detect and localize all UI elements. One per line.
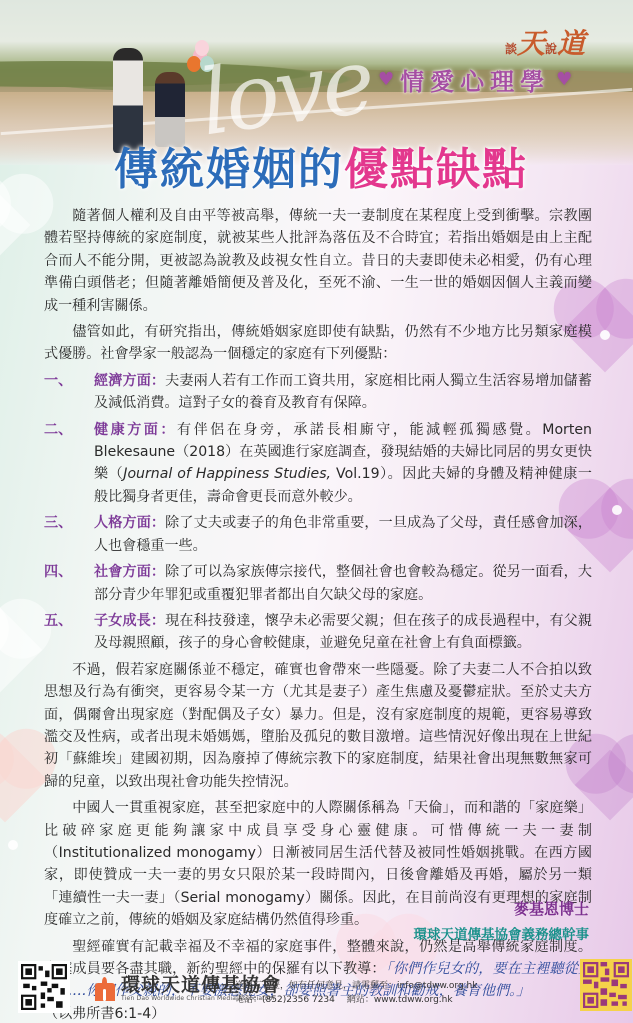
qr-code-icon (21, 964, 67, 1010)
dot-decoration (8, 840, 18, 850)
qr-code-left[interactable] (18, 961, 70, 1013)
list-number: 三、 (44, 512, 94, 557)
footer: 環球天道傳基協會 Tien Dao Worldwide Christian Me… (0, 955, 633, 1023)
logo-char: 談 (505, 42, 517, 56)
website-link[interactable]: www.tdww.org.hk (374, 995, 453, 1005)
list-item: 二、 健康方面：有伴侶在身旁，承諾長相廝守，能減輕孤獨感覺。Morten Ble… (44, 419, 592, 509)
series-name: ♥ 情愛心理學 ♥ (378, 62, 572, 97)
heart-icon: ♥ (378, 69, 394, 90)
title-part-blue: 傳統婚姻的 (114, 144, 344, 195)
qr-code-right[interactable] (580, 959, 632, 1011)
list-number: 一、 (44, 370, 94, 415)
list-heading: 社會方面： (94, 564, 165, 580)
phone-label: 電話： (235, 995, 262, 1005)
list-item: 五、 子女成長：現在科技發達，懷孕未必需要父親；但在孩子的成長過程中，有父親及母… (44, 610, 592, 655)
heart-icon: ♥ (556, 69, 572, 90)
org-logo-icon (95, 977, 115, 1001)
series-logo: 談天說道 (505, 22, 585, 62)
paragraph: 不過，假若家庭關係並不穩定，確實也會帶來一些隱憂。除了夫妻二人不合拍以致思想及行… (44, 659, 592, 793)
heart-decoration (0, 190, 30, 261)
list-text: 夫妻兩人若有工作而工資共用，家庭相比兩人獨立生活容易增加儲蓄及減低消費。這對子女… (94, 373, 592, 411)
paragraph: 儘管如此，有研究指出，傳統婚姻家庭即使有缺點，仍然有不少地方比另類家庭模式優勝。… (44, 321, 592, 366)
title-part-pink: 優點缺點 (344, 144, 528, 195)
list-text: 現在科技發達，懷孕未必需要父親；但在孩子的成長過程中，有父親及母親照顧，孩子的身… (94, 613, 592, 651)
contact-info: 逢週五刊登，如有任何意見，請電郵至：info@tdww.org.hk 電話：(8… (235, 979, 477, 1007)
contact-label: 逢週五刊登，如有任何意見，請電郵至： (235, 981, 397, 991)
heart-decoration (0, 608, 42, 693)
list-heading: 人格方面： (94, 515, 165, 531)
series-name-text: 情愛心理學 (400, 62, 550, 97)
paragraph: 隨著個人權利及自由平等被高舉，傳統一夫一妻制度在某程度上受到衝擊。宗教團體若堅持… (44, 205, 592, 317)
author-name: 麥基恩博士 (414, 898, 590, 919)
list-item: 一、 經濟方面：夫妻兩人若有工作而工資共用，家庭相比兩人獨立生活容易增加儲蓄及減… (44, 370, 592, 415)
journal-title: Journal of Happiness Studies, (123, 466, 331, 482)
author-signature: 麥基恩博士 環球天道傳基協會義務總幹事 (414, 898, 590, 943)
list-heading: 子女成長： (94, 613, 165, 629)
author-role: 環球天道傳基協會義務總幹事 (414, 923, 590, 943)
list-item: 三、 人格方面：除了丈夫或妻子的角色非常重要，一旦成為了父母，責任感會加深，人也… (44, 512, 592, 557)
list-item: 四、 社會方面：除了可以為家族傳宗接代，整個社會也會較為穩定。從另一面看，大部分… (44, 561, 592, 606)
list-text: 除了丈夫或妻子的角色非常重要，一旦成為了父母，責任感會加深，人也會穩重一些。 (94, 515, 592, 553)
list-number: 四、 (44, 561, 94, 606)
heart-decoration (0, 738, 47, 823)
website-label: 網站： (347, 995, 374, 1005)
list-heading: 經濟方面： (94, 373, 165, 389)
email-link[interactable]: info@tdww.org.hk (397, 981, 477, 991)
list-number: 二、 (44, 419, 94, 509)
list-number: 五、 (44, 610, 94, 655)
logo-char: 天 (517, 27, 545, 60)
list-heading: 健康方面： (94, 422, 177, 438)
logo-char: 說 (545, 42, 557, 56)
dot-decoration (600, 330, 610, 340)
qr-code-icon (583, 962, 629, 1008)
logo-char: 道 (557, 27, 585, 60)
dot-decoration (612, 505, 622, 515)
page-title: 傳統婚姻的優點缺點 (114, 133, 528, 197)
advantages-list: 一、 經濟方面：夫妻兩人若有工作而工資共用，家庭相比兩人獨立生活容易增加儲蓄及減… (44, 370, 592, 655)
phone-number: (852)2356 7234 (262, 995, 335, 1005)
list-text: 除了可以為家族傳宗接代，整個社會也會較為穩定。從另一面看，大部分青少年罪犯或重覆… (94, 564, 592, 602)
